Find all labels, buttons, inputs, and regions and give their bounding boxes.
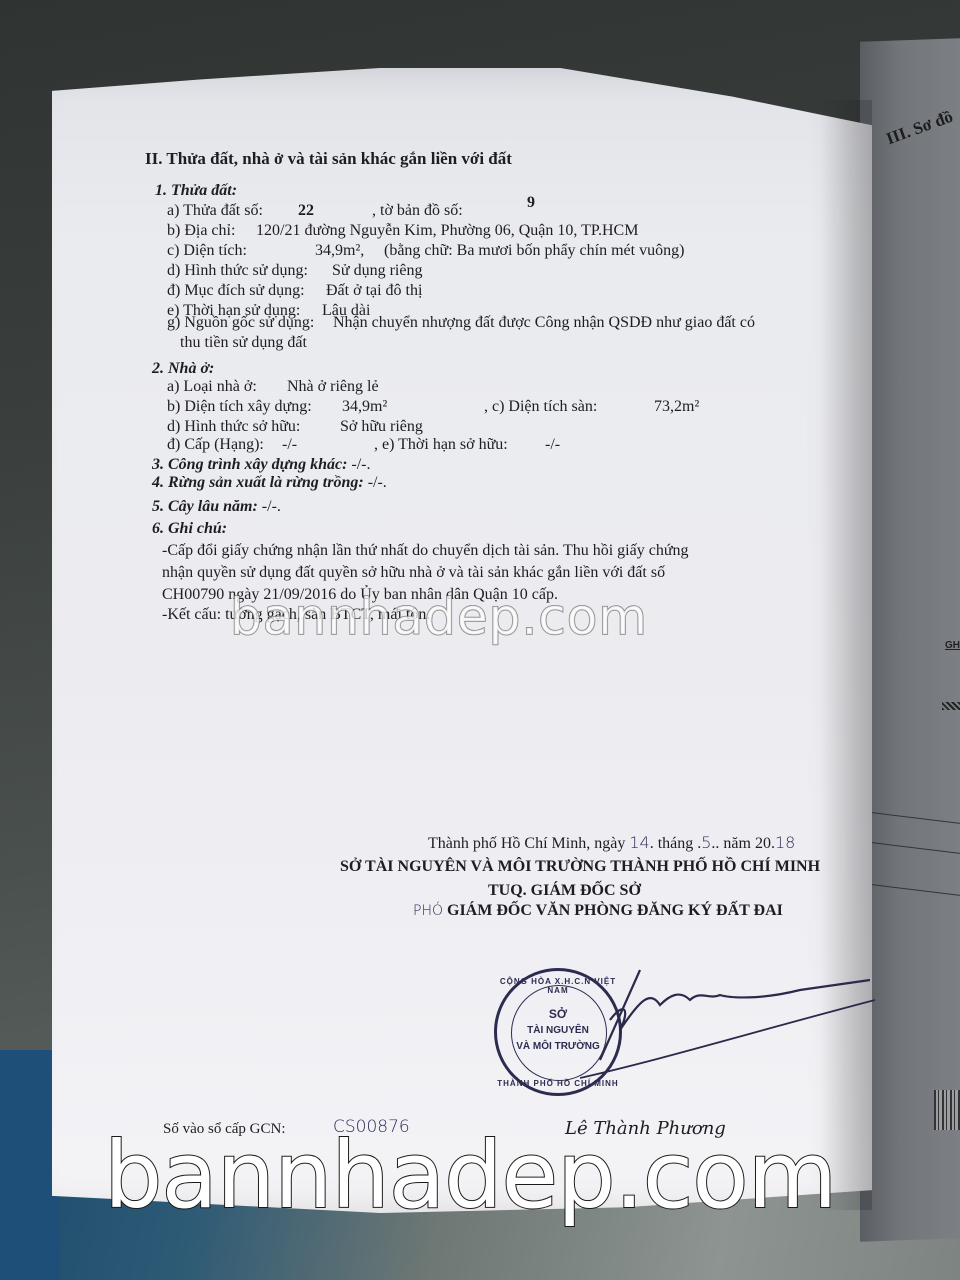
purpose-label: đ) Mục đích sử dụng:: [167, 282, 305, 300]
other-construction-value: -/-.: [351, 456, 370, 473]
origin-value-line1: Nhận chuyển nhượng đất được Công nhận QS…: [333, 314, 755, 332]
note-line-1: -Cấp đổi giấy chứng nhận lần thứ nhất do…: [162, 542, 689, 560]
other-construction-label: 3. Công trình xây dựng khác:: [152, 456, 347, 473]
watermark-large: bannhadep.com: [104, 1122, 836, 1229]
perennial-trees-label: 5. Cây lâu năm:: [152, 498, 258, 515]
planted-forest-label: 4. Rừng sản xuất là rừng trồng:: [152, 474, 364, 491]
planted-forest-value: -/-.: [368, 474, 387, 491]
section-title: II. Thửa đất, nhà ở và tài sản khác gắn …: [145, 150, 512, 168]
date-year-suffix: 18: [775, 833, 795, 852]
date-day: 14: [629, 833, 649, 852]
other-construction-row: 3. Công trình xây dựng khác: -/-.: [152, 456, 371, 474]
house-type-value: Nhà ở riêng lẻ: [287, 378, 379, 396]
floor-area-label: , c) Diện tích sàn:: [484, 398, 597, 416]
own-term-value: -/-: [545, 436, 560, 454]
origin-value-line2: thu tiền sử dụng đất: [180, 334, 307, 352]
house-type-label: a) Loại nhà ở:: [167, 378, 257, 396]
date-month-label: tháng: [658, 835, 694, 852]
map-sheet-label: , tờ bản đồ số:: [372, 202, 463, 220]
date-year-label: năm 20: [723, 835, 771, 852]
area-words: (bằng chữ: Ba mươi bốn phẩy chín mét vuô…: [384, 242, 684, 260]
floor-area-value: 73,2m²: [654, 398, 699, 416]
stamp-ring-bottom: THÀNH PHỐ HỒ CHÍ MINH: [497, 1079, 619, 1088]
ownership-label: d) Hình thức sở hữu:: [167, 418, 300, 436]
date-month: 5: [701, 833, 711, 852]
usage-form-label: d) Hình thức sử dụng:: [167, 262, 308, 280]
address-label: b) Địa chỉ:: [167, 222, 235, 240]
grade-label: đ) Cấp (Hạng):: [167, 436, 264, 454]
address-value: 120/21 đường Nguyễn Kim, Phường 06, Quận…: [256, 222, 638, 240]
signature-scribble: [580, 960, 880, 1080]
land-heading: 1. Thửa đất:: [155, 182, 237, 200]
origin-label: g) Nguồn gốc sử dụng:: [167, 314, 314, 332]
usage-form-value: Sử dụng riêng: [332, 262, 422, 280]
build-area-value: 34,9m²: [342, 398, 387, 416]
official-title: GIÁM ĐỐC VĂN PHÒNG ĐĂNG KÝ ĐẤT ĐAI: [447, 902, 783, 919]
planted-forest-row: 4. Rừng sản xuất là rừng trồng: -/-.: [152, 474, 387, 492]
place-date: Thành phố Hồ Chí Minh, ngày 14. tháng .5…: [428, 834, 795, 853]
parcel-label: a) Thửa đất số:: [167, 202, 263, 220]
map-sheet-number: 9: [527, 194, 535, 212]
parcel-number: 22: [298, 202, 314, 220]
handwritten-pho: PHÓ: [413, 903, 443, 919]
build-area-label: b) Diện tích xây dựng:: [167, 398, 312, 416]
ownership-value: Sở hữu riêng: [340, 418, 423, 436]
place-date-prefix: Thành phố Hồ Chí Minh, ngày: [428, 835, 625, 852]
official-title-row: PHÓ GIÁM ĐỐC VĂN PHÒNG ĐĂNG KÝ ĐẤT ĐAI: [413, 902, 783, 920]
tuq-line: TUQ. GIÁM ĐỐC SỞ: [488, 882, 641, 900]
area-value: 34,9m²,: [315, 242, 364, 260]
grade-value: -/-: [282, 436, 297, 454]
watermark-small: bannhadep.com: [230, 588, 648, 646]
purpose-value: Đất ở tại đô thị: [326, 282, 422, 300]
notes-heading: 6. Ghi chú:: [152, 520, 227, 538]
perennial-trees-row: 5. Cây lâu năm: -/-.: [152, 498, 281, 516]
area-label: c) Diện tích:: [167, 242, 247, 260]
note-line-2: nhận quyền sử dụng đất quyền sở hữu nhà …: [162, 564, 665, 582]
perennial-trees-value: -/-.: [262, 498, 281, 515]
house-heading: 2. Nhà ở:: [152, 360, 214, 378]
own-term-label: , e) Thời hạn sở hữu:: [374, 436, 508, 454]
agency-name: SỞ TÀI NGUYÊN VÀ MÔI TRƯỜNG THÀNH PHỐ HỒ…: [340, 858, 820, 876]
